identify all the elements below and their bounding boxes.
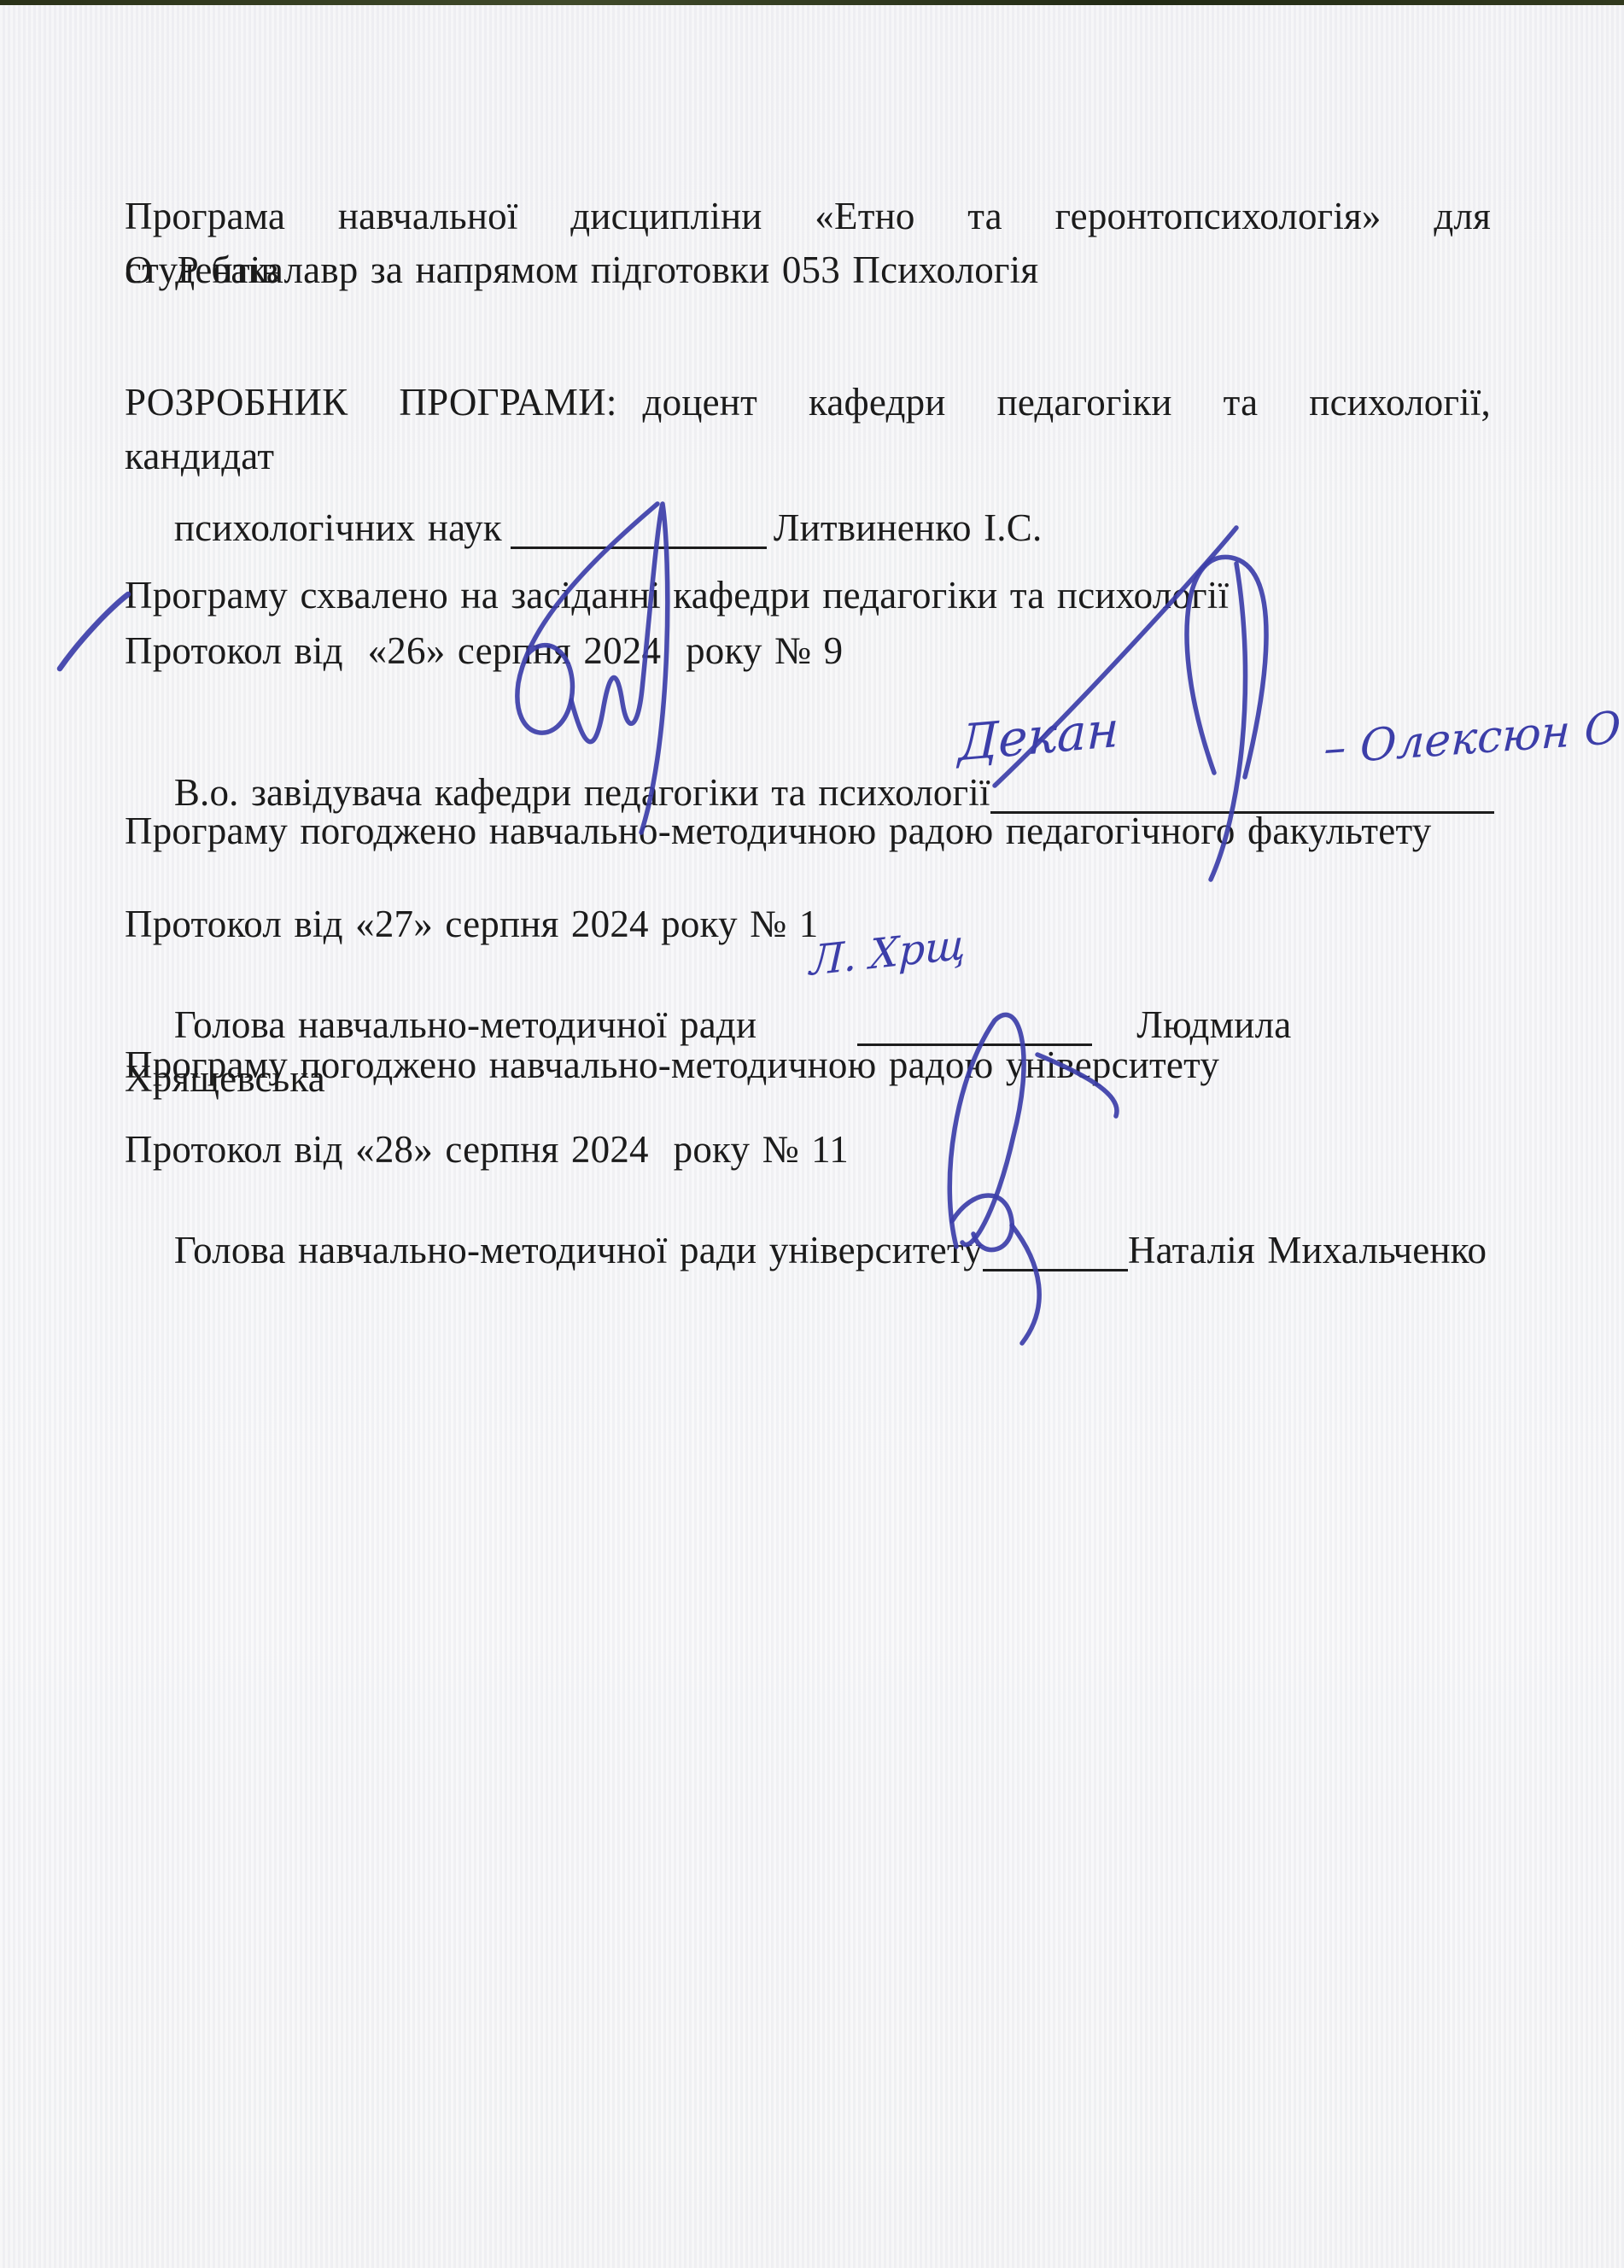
developer-line-2-prefix: психологічних наук <box>174 506 502 549</box>
university-head-name: Наталія Михальченко <box>1128 1229 1487 1271</box>
university-protocol-line: Протокол від «28» серпня 2024 року № 11 <box>125 1123 1499 1177</box>
signature-ink-mykhalchenko <box>909 995 1140 1353</box>
scanner-edge-strip <box>0 0 1624 5</box>
university-agreement-line: Програму погоджено навчально-методичною … <box>125 1038 1499 1092</box>
intro-line-2: О Р бакалавр за напрямом підготовки 053 … <box>125 243 1499 297</box>
scanned-document-page: Програма навчальної дисципліни «Етно та … <box>0 0 1624 2268</box>
university-head-label: Голова навчально-методичної ради універс… <box>174 1229 983 1271</box>
pen-slash-mark <box>50 587 139 677</box>
signature-ink-lytvynenko <box>465 474 739 841</box>
university-head-line: Голова навчально-методичної ради універс… <box>125 1170 1499 1331</box>
